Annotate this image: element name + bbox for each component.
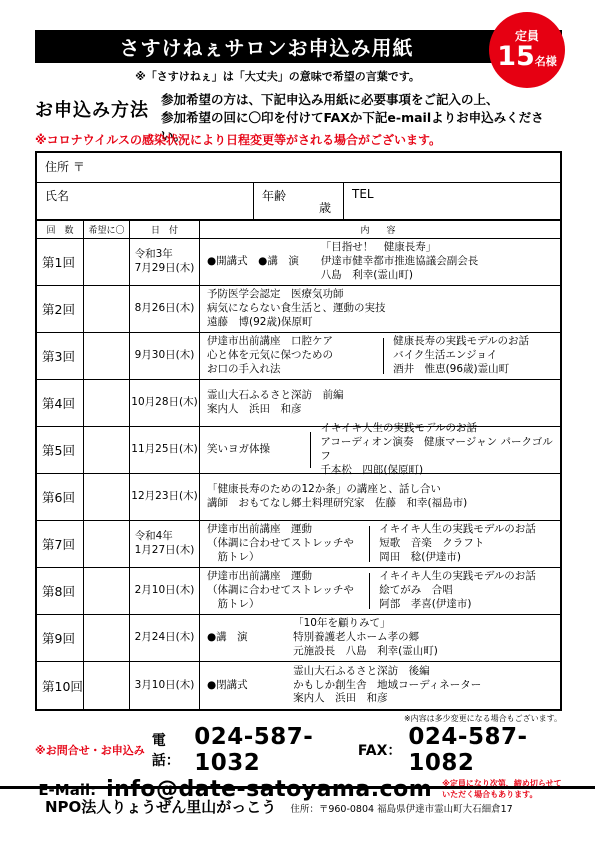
content-main-text: 伊達市出前講座 口腔ケア 心と体を元気に保つための お口の手入れ法 bbox=[207, 335, 373, 377]
schedule-row: 第3回9月30日(木)伊達市出前講座 口腔ケア 心と体を元気に保つための お口の… bbox=[37, 333, 560, 380]
wish-mark-cell[interactable] bbox=[84, 286, 130, 332]
date-cell: 令和4年 1月27日(木) bbox=[130, 521, 200, 567]
wish-mark-cell[interactable] bbox=[84, 662, 130, 709]
fax-number: 024-587-1082 bbox=[408, 724, 565, 776]
schedule-row: 第2回8月26日(木)予防医学会認定 医療気功師 病気にならない食生活と、運動の… bbox=[37, 286, 560, 333]
session-number-cell: 第9回 bbox=[37, 615, 84, 661]
capacity-number: 15 bbox=[497, 43, 535, 70]
content-cell: 予防医学会認定 医療気功師 病気にならない食生活と、運動の実技 遠藤 博(92歳… bbox=[200, 286, 560, 332]
content-main-text: 伊達市出前講座 運動 （体調に合わせてストレッチや 筋トレ） bbox=[207, 523, 359, 565]
wish-mark-cell[interactable] bbox=[84, 380, 130, 426]
schedule-row: 第8回2月10日(木)伊達市出前講座 運動 （体調に合わせてストレッチや 筋トレ… bbox=[37, 568, 560, 615]
session-number-cell: 第7回 bbox=[37, 521, 84, 567]
session-number-cell: 第4回 bbox=[37, 380, 84, 426]
content-main-text: ●閉講式 bbox=[207, 679, 283, 693]
date-cell: 8月26日(木) bbox=[130, 286, 200, 332]
content-main-text: 「健康長寿のための12か条」の講座と、話し合い 講師 おもてなし郷土料理研究家 … bbox=[207, 483, 553, 511]
schedule-body: 第1回令和3年 7月29日(木)●開講式 ●講 演「目指せ！ 健康長寿」 伊達市… bbox=[37, 239, 560, 709]
session-number-cell: 第2回 bbox=[37, 286, 84, 332]
content-cell: 霊山大石ふるさと深訪 前編 案内人 浜田 和彦 bbox=[200, 380, 560, 426]
session-number-cell: 第10回 bbox=[37, 662, 84, 709]
title-bar: さすけねぇサロンお申込み用紙 bbox=[35, 30, 562, 63]
contact-section: ※お問合せ・お申込み 電話： 024-587-1032 FAX： 024-587… bbox=[35, 724, 565, 802]
schedule-row: 第5回11月25日(木)笑いヨガ体操イキイキ人生の実践モデルのお話 アコーディオ… bbox=[37, 427, 560, 474]
tel-field[interactable]: TEL bbox=[344, 183, 560, 219]
application-form-page: さすけねぇサロンお申込み用紙 定員 15 名様 ※「さすけねぇ」は「大丈夫」の意… bbox=[0, 0, 595, 842]
content-side-text: 健康長寿の実践モデルのお話 バイク生活エンジョイ 酒井 惟恵(96歳)霊山町 bbox=[383, 338, 529, 374]
content-main-text: 伊達市出前講座 運動 （体調に合わせてストレッチや 筋トレ） bbox=[207, 570, 359, 612]
footer: NPO法人りょうぜん里山がっこう 住所：〒960-0804 福島県伊達市霊山町大… bbox=[45, 796, 513, 817]
wish-mark-cell[interactable] bbox=[84, 333, 130, 379]
date-cell: 令和3年 7月29日(木) bbox=[130, 239, 200, 285]
content-main-text: ●開講式 ●講 演 bbox=[207, 255, 311, 269]
name-field[interactable]: 氏名 bbox=[37, 183, 254, 219]
content-side-text: 霊山大石ふるさと深訪 後編 かもしか創生舎 地域コーディネーター 案内人 浜田 … bbox=[293, 665, 481, 707]
wish-mark-cell[interactable] bbox=[84, 568, 130, 614]
schedule-header-row: 回 数 希望に〇 日 付 内 容 bbox=[37, 221, 560, 239]
schedule-row: 第6回12月23日(木)「健康長寿のための12か条」の講座と、話し合い 講師 お… bbox=[37, 474, 560, 521]
phone-line: ※お問合せ・お申込み 電話： 024-587-1032 FAX： 024-587… bbox=[35, 724, 565, 776]
header-session-number: 回 数 bbox=[37, 221, 84, 238]
covid-warning: ※コロナウイルスの感染状況により日程変更等がされる場合がございます。 bbox=[35, 131, 441, 148]
content-cell: 伊達市出前講座 口腔ケア 心と体を元気に保つための お口の手入れ法健康長寿の実践… bbox=[200, 333, 560, 379]
session-number-cell: 第8回 bbox=[37, 568, 84, 614]
personal-info-row: 氏名 年齢 歳 TEL bbox=[37, 183, 560, 221]
schedule-row: 第4回10月28日(木)霊山大石ふるさと深訪 前編 案内人 浜田 和彦 bbox=[37, 380, 560, 427]
wish-mark-cell[interactable] bbox=[84, 521, 130, 567]
wish-mark-cell[interactable] bbox=[84, 239, 130, 285]
content-side-text: イキイキ人生の実践モデルのお話 絵てがみ 合唱 阿部 孝喜(伊達市) bbox=[369, 573, 536, 609]
date-cell: 3月10日(木) bbox=[130, 662, 200, 709]
date-cell: 9月30日(木) bbox=[130, 333, 200, 379]
capacity-suffix: 名様 bbox=[535, 53, 557, 69]
session-number-cell: 第6回 bbox=[37, 474, 84, 520]
session-number-cell: 第3回 bbox=[37, 333, 84, 379]
date-cell: 10月28日(木) bbox=[130, 380, 200, 426]
address-field[interactable]: 住所 〒 bbox=[37, 153, 560, 183]
organization-address: 住所：〒960-0804 福島県伊達市霊山町大石細倉17 bbox=[290, 801, 512, 815]
session-number-cell: 第5回 bbox=[37, 427, 84, 473]
wish-mark-cell[interactable] bbox=[84, 427, 130, 473]
phone-number: 024-587-1032 bbox=[194, 724, 351, 776]
date-cell: 12月23日(木) bbox=[130, 474, 200, 520]
content-cell: ●閉講式霊山大石ふるさと深訪 後編 かもしか創生舎 地域コーディネーター 案内人… bbox=[200, 662, 560, 709]
content-main-text: ●講 演 bbox=[207, 631, 283, 645]
date-cell: 11月25日(木) bbox=[130, 427, 200, 473]
age-label: 年齢 bbox=[262, 189, 286, 203]
date-cell: 2月10日(木) bbox=[130, 568, 200, 614]
content-cell: 笑いヨガ体操イキイキ人生の実践モデルのお話 アコーディオン演奏 健康マージャン … bbox=[200, 427, 560, 473]
content-main-text: 笑いヨガ体操 bbox=[207, 443, 300, 457]
footer-divider bbox=[0, 786, 595, 789]
content-side-text: 「10年を顧りみて」 特別養護老人ホーム孝の郷 元施設長 八島 利幸(霊山町) bbox=[293, 617, 438, 659]
header-date: 日 付 bbox=[130, 221, 200, 238]
content-side-text: イキイキ人生の実践モデルのお話 アコーディオン演奏 健康マージャン パークゴルフ… bbox=[310, 432, 553, 468]
content-cell: ●講 演「10年を顧りみて」 特別養護老人ホーム孝の郷 元施設長 八島 利幸(霊… bbox=[200, 615, 560, 661]
content-cell: 伊達市出前講座 運動 （体調に合わせてストレッチや 筋トレ）イキイキ人生の実践モ… bbox=[200, 521, 560, 567]
schedule-row: 第10回3月10日(木)●閉講式霊山大石ふるさと深訪 後編 かもしか創生舎 地域… bbox=[37, 662, 560, 709]
schedule-row: 第9回2月24日(木)●講 演「10年を顧りみて」 特別養護老人ホーム孝の郷 元… bbox=[37, 615, 560, 662]
content-main-text: 予防医学会認定 医療気功師 病気にならない食生活と、運動の実技 遠藤 博(92歳… bbox=[207, 288, 553, 330]
content-side-text: イキイキ人生の実践モデルのお話 短歌 音楽 クラフト 岡田 稔(伊達市) bbox=[369, 526, 536, 562]
tel-label: TEL bbox=[352, 187, 374, 201]
content-cell: 伊達市出前講座 運動 （体調に合わせてストレッチや 筋トレ）イキイキ人生の実践モ… bbox=[200, 568, 560, 614]
fax-prefix: FAX： bbox=[358, 740, 402, 760]
tel-prefix: 電話： bbox=[152, 730, 188, 770]
wish-mark-cell[interactable] bbox=[84, 474, 130, 520]
age-unit-label: 歳 bbox=[319, 199, 331, 216]
organization-name: NPO法人りょうぜん里山がっこう bbox=[45, 796, 276, 817]
header-wish-mark: 希望に〇 bbox=[84, 221, 130, 238]
wish-mark-cell[interactable] bbox=[84, 615, 130, 661]
application-table: 住所 〒 氏名 年齢 歳 TEL 回 数 希望に〇 日 付 内 容 第1回令和3… bbox=[35, 151, 562, 711]
schedule-note: ※内容は多少変更になる場合もございます。 bbox=[404, 713, 562, 724]
title-note: ※「さすけねぇ」は「大丈夫」の意味で希望の言葉です。 bbox=[0, 68, 555, 84]
capacity-value: 15 名様 bbox=[497, 43, 557, 70]
schedule-row: 第7回令和4年 1月27日(木)伊達市出前講座 運動 （体調に合わせてストレッチ… bbox=[37, 521, 560, 568]
address-label: 住所 〒 bbox=[45, 160, 85, 174]
header-content: 内 容 bbox=[200, 221, 560, 238]
age-field[interactable]: 年齢 歳 bbox=[254, 183, 344, 219]
capacity-badge: 定員 15 名様 bbox=[489, 12, 565, 88]
contact-label: ※お問合せ・お申込み bbox=[35, 742, 145, 758]
content-main-text: 霊山大石ふるさと深訪 前編 案内人 浜田 和彦 bbox=[207, 389, 553, 417]
content-cell: ●開講式 ●講 演「目指せ！ 健康長寿」 伊達市健幸都市推進協議会副会長 八島 … bbox=[200, 239, 560, 285]
content-side-text: 「目指せ！ 健康長寿」 伊達市健幸都市推進協議会副会長 八島 利幸(霊山町) bbox=[321, 241, 479, 283]
schedule-row: 第1回令和3年 7月29日(木)●開講式 ●講 演「目指せ！ 健康長寿」 伊達市… bbox=[37, 239, 560, 286]
session-number-cell: 第1回 bbox=[37, 239, 84, 285]
page-title: さすけねぇサロンお申込み用紙 bbox=[120, 32, 478, 61]
name-label: 氏名 bbox=[45, 189, 69, 203]
content-cell: 「健康長寿のための12か条」の講座と、話し合い 講師 おもてなし郷土料理研究家 … bbox=[200, 474, 560, 520]
date-cell: 2月24日(木) bbox=[130, 615, 200, 661]
